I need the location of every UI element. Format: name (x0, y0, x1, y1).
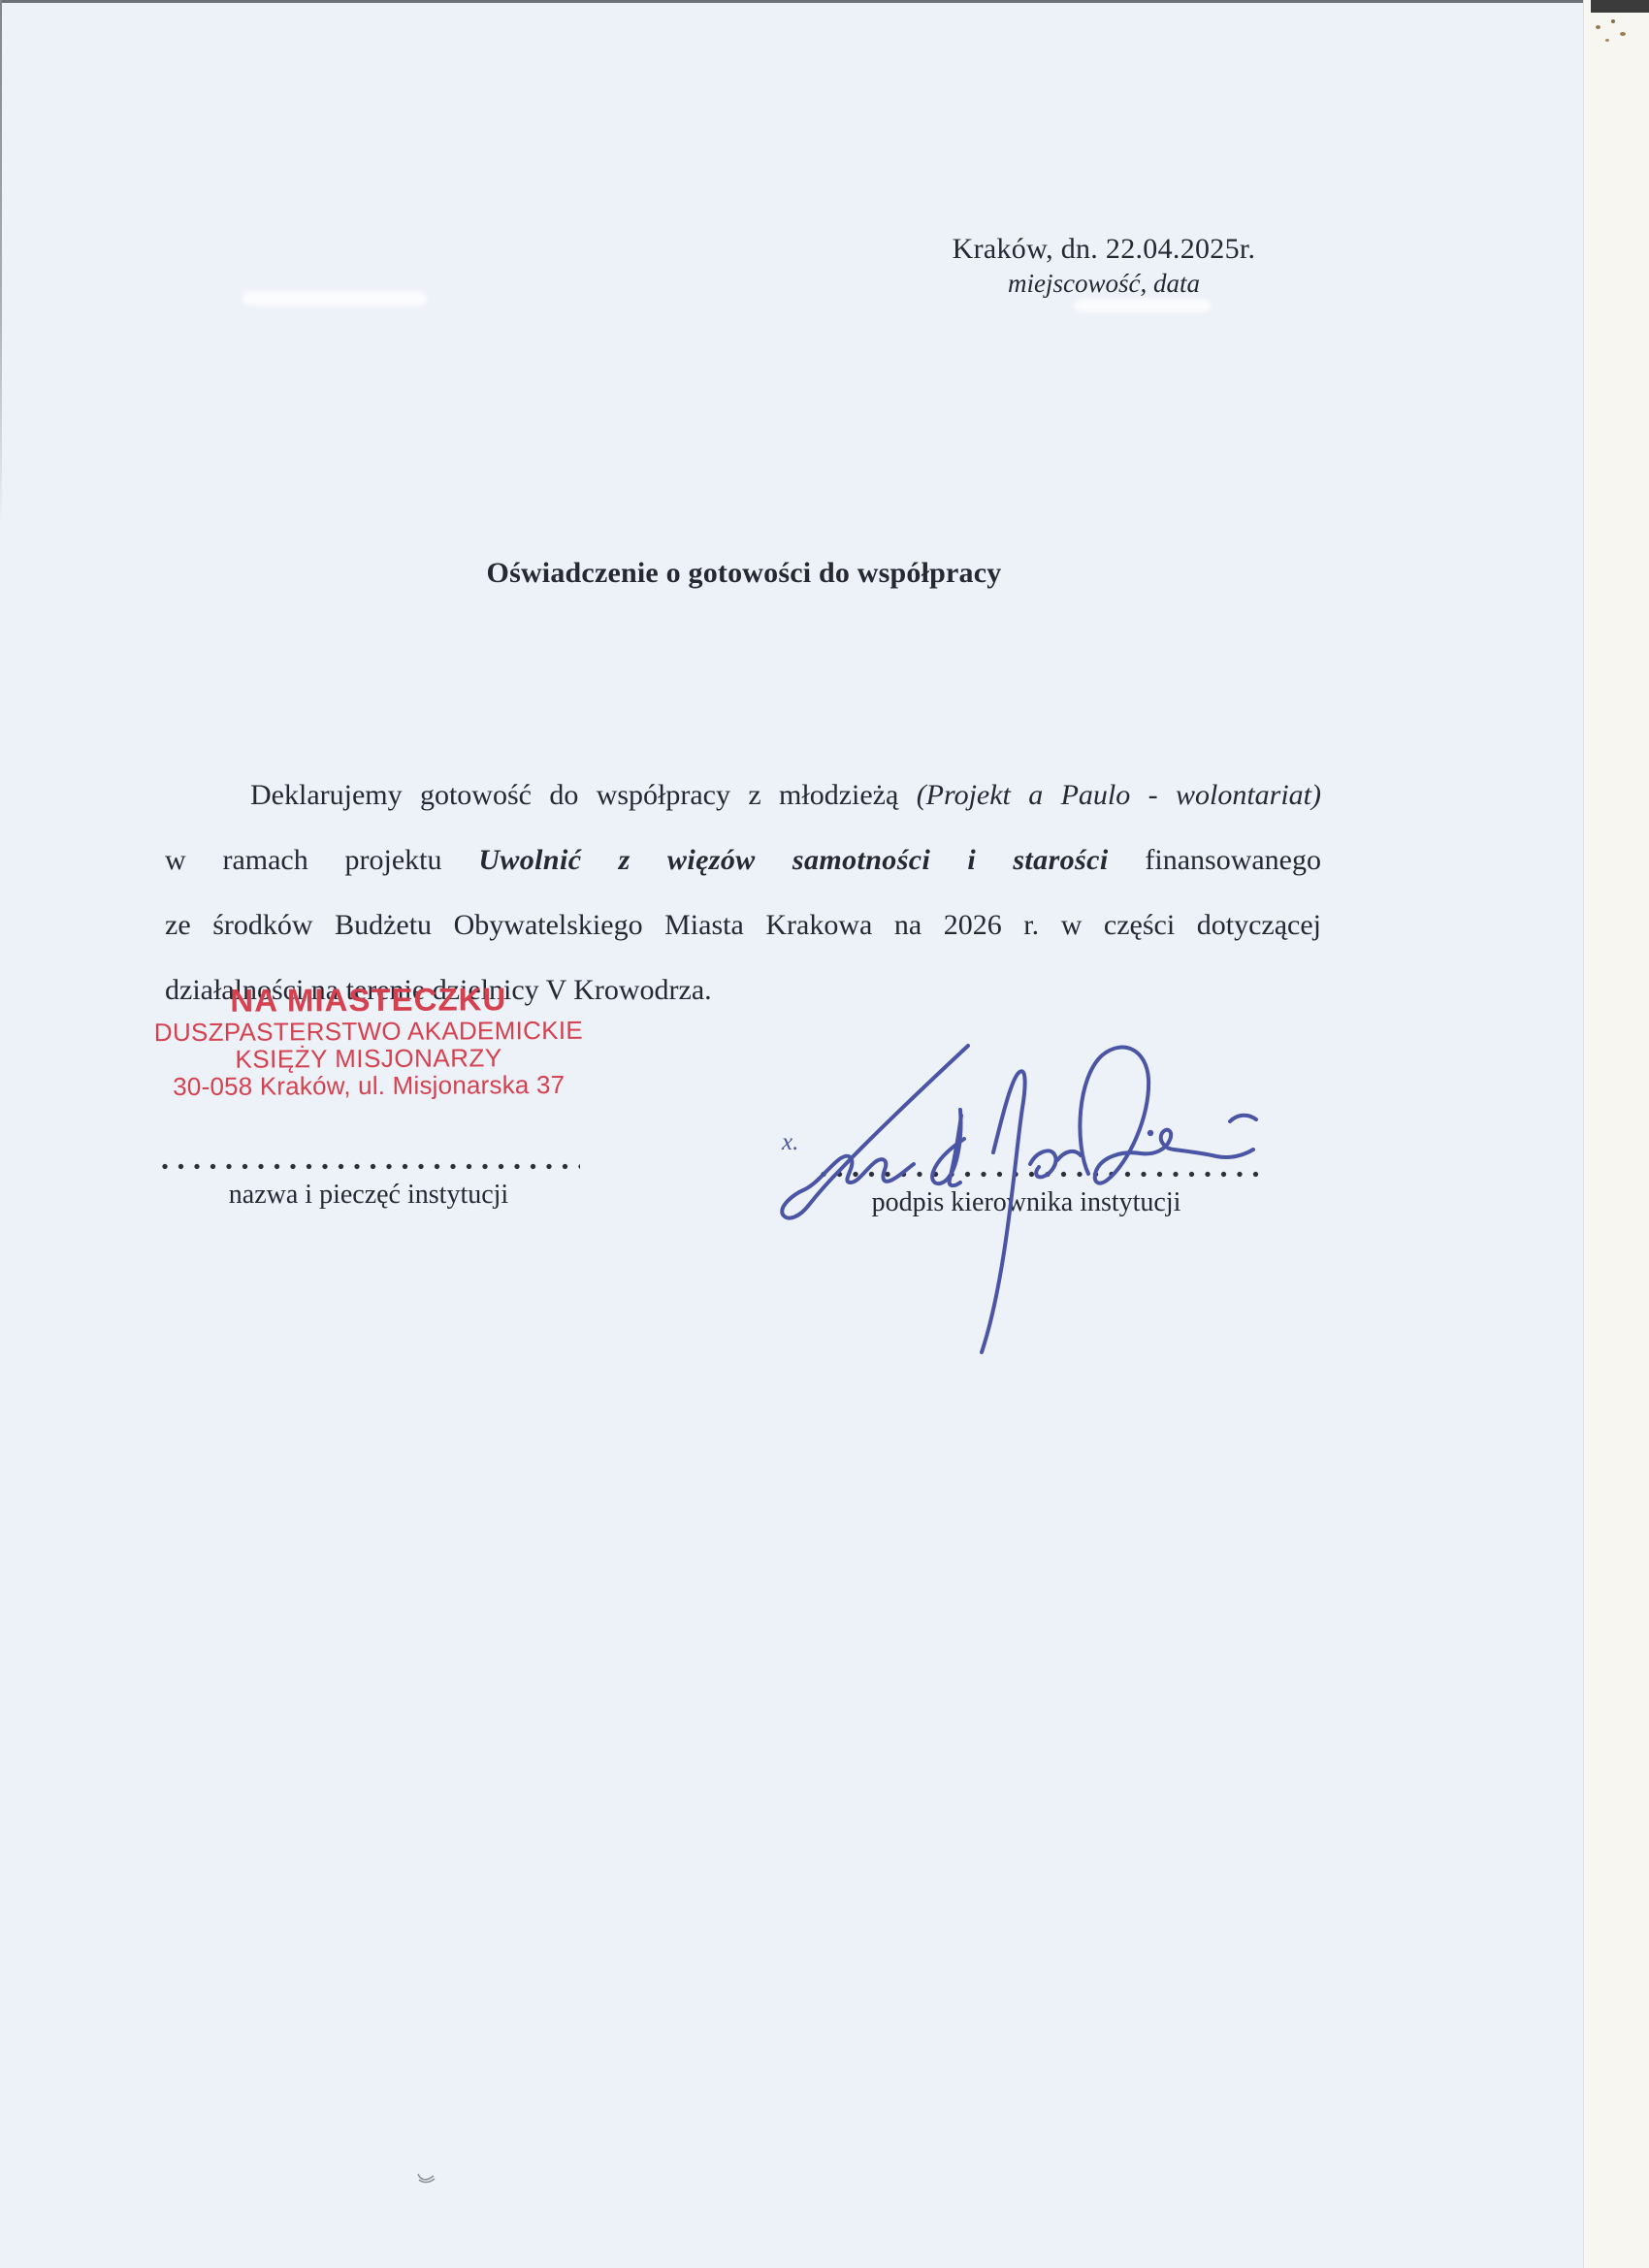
whiteout-smudge (1075, 299, 1211, 312)
text-segment: w ramach projektu (165, 844, 478, 876)
signature-tilde (1230, 1116, 1256, 1121)
scan-right-strip (1583, 0, 1649, 2268)
signature-ink (766, 1026, 1309, 1376)
signature-stroke (1057, 1151, 1081, 1160)
signature-stroke (1080, 1048, 1253, 1183)
dust-speck (1611, 19, 1615, 23)
text-segment: finansowanego (1109, 844, 1321, 876)
stamp-organization-2: KSIĘŻY MISJONARZY (145, 1044, 592, 1073)
text-segment: Deklarujemy gotowość do współpracy z mło… (250, 779, 917, 811)
institution-stamp: NA MIASTECZKU DUSZPASTERSTWO AKADEMICKIE… (145, 982, 593, 1101)
signature-ink-dot (1148, 1130, 1153, 1136)
scan-top-edge (0, 0, 1649, 3)
paragraph-line-3: ze środków Budżetu Obywatelskiego Miasta… (165, 892, 1321, 957)
stamp-organization: DUSZPASTERSTWO AKADEMICKIE (145, 1017, 592, 1046)
institution-stamp-label: nazwa i pieczęć instytucji (145, 1180, 592, 1211)
place-and-date: Kraków, dn. 22.04.2025r. (929, 233, 1278, 266)
project-name-italic: (Projekt a Paulo - wolontariat) (917, 779, 1321, 811)
date-block: Kraków, dn. 22.04.2025r. miejscowość, da… (929, 233, 1278, 299)
signature-stroke (982, 1071, 1025, 1352)
scan-left-edge (0, 0, 2, 524)
dust-speck (1605, 39, 1609, 42)
dust-speck (1596, 25, 1600, 29)
scan-corner-shadow (1591, 0, 1649, 13)
stamp-address: 30-058 Kraków, ul. Misjonarska 37 (145, 1071, 592, 1101)
scuff-stroke (418, 2174, 435, 2183)
pencil-scuff-mark (415, 2171, 438, 2187)
signature-stroke (1030, 1150, 1056, 1177)
project-title-bold-italic: Uwolnić z więzów samotności i starości (478, 844, 1108, 876)
paragraph-line-2: w ramach projektu Uwolnić z więzów samot… (165, 827, 1321, 892)
paragraph-line-1: Deklarujemy gotowość do współpracy z mło… (165, 762, 1321, 827)
stamp-name: NA MIASTECZKU (145, 982, 592, 1019)
whiteout-smudge (242, 291, 427, 306)
dotted-line-institution (161, 1162, 580, 1171)
signature-stroke (782, 1046, 968, 1218)
dust-speck (1620, 32, 1626, 36)
date-caption: miejscowość, data (929, 269, 1278, 299)
scanned-document-page: Kraków, dn. 22.04.2025r. miejscowość, da… (0, 0, 1649, 2268)
document-title: Oświadczenie o gotowości do współpracy (404, 557, 1083, 590)
